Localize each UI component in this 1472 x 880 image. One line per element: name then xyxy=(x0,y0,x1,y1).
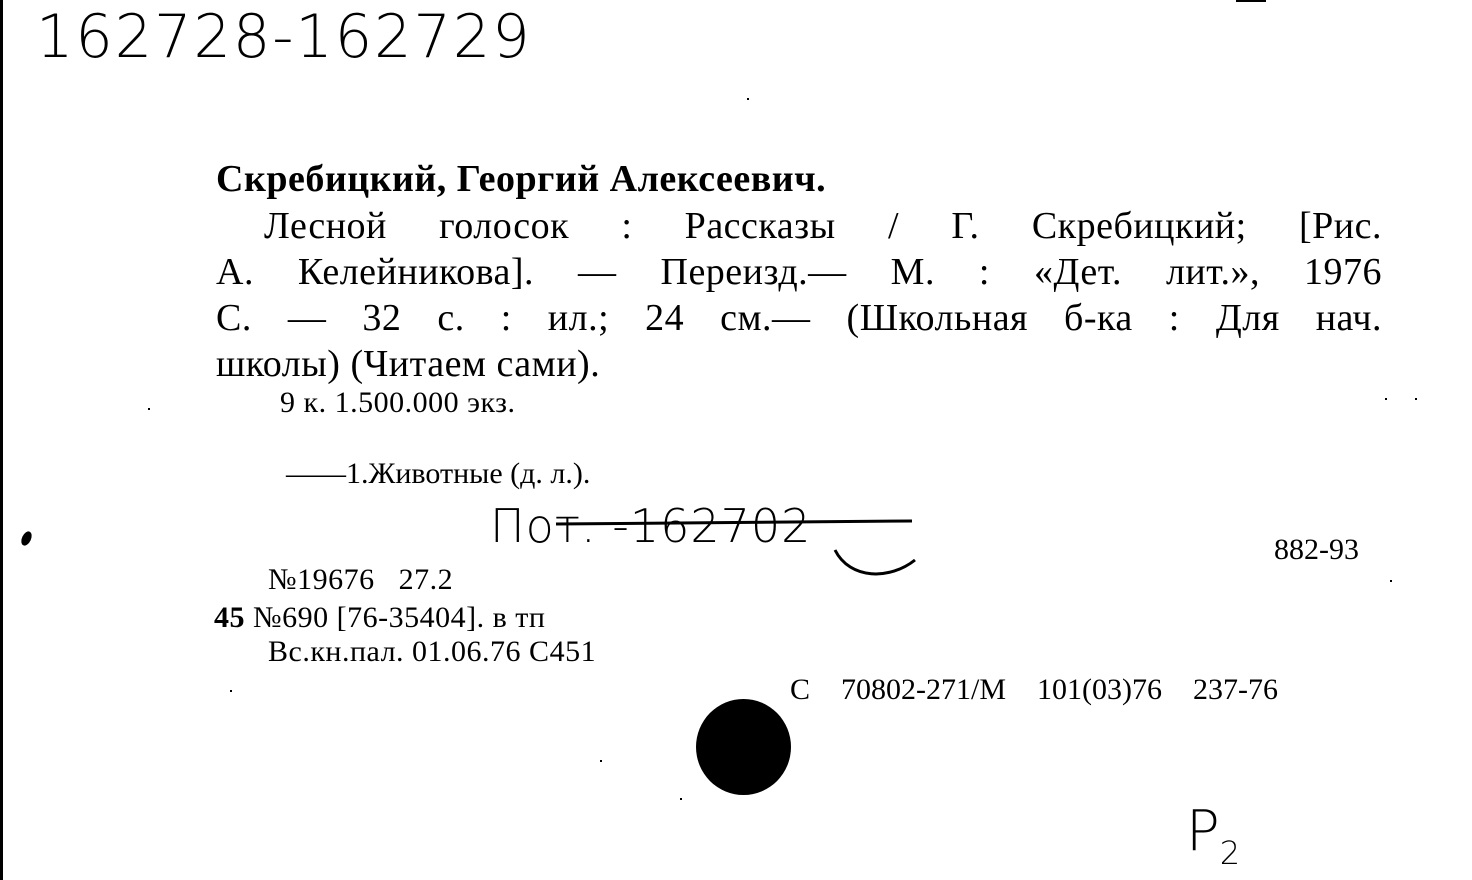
description-line-1: Лесной голосок : Рассказы / Г. Скребицки… xyxy=(264,203,1382,249)
punch-hole xyxy=(696,699,791,795)
shelf-mark-subscript: 2 xyxy=(1220,834,1240,872)
scan-speck xyxy=(230,690,232,692)
description-line-2: А. Келейникова]. — Переизд.— М. : «Дет. … xyxy=(216,249,1382,295)
handwritten-crossed-note: Пот. -162702 xyxy=(490,498,811,554)
classification-code: 882-93 xyxy=(1274,532,1359,568)
scan-speck xyxy=(1385,398,1387,400)
scan-speck xyxy=(1390,580,1392,582)
price-print-run: 9 к. 1.500.000 экз. xyxy=(280,385,515,421)
subject-heading: ——1.Животные (д. л.). xyxy=(286,456,590,492)
shelf-mark-letter: Р xyxy=(1186,799,1220,864)
card-left-edge xyxy=(0,0,3,880)
description-line-3: С. — 32 с. : ил.; 24 см.— (Школьная б-ка… xyxy=(216,295,1382,341)
ink-blot xyxy=(19,530,33,547)
registration-prefix: 45 xyxy=(214,601,245,634)
book-chamber-line: Вс.кн.пал. 01.06.76 С451 xyxy=(268,634,596,670)
author-heading: Скребицкий, Георгий Алексеевич. xyxy=(216,156,826,202)
scan-speck xyxy=(680,798,682,800)
registration-number: №690 [76-35404]. в тп xyxy=(253,601,545,634)
card-number: №19676 27.2 xyxy=(268,562,453,598)
registration-line: 45 №690 [76-35404]. в тп xyxy=(214,600,545,636)
scan-speck xyxy=(747,98,749,100)
shelf-mark: Р2 xyxy=(1186,800,1240,880)
scan-speck xyxy=(1415,398,1417,400)
scan-speck xyxy=(148,408,150,410)
scan-speck xyxy=(600,760,602,762)
call-number: 162728-162729 xyxy=(36,2,532,72)
index-line: С 70802-271/М 101(03)76 237-76 xyxy=(790,672,1278,708)
handwritten-swash xyxy=(830,540,920,580)
description-line-4: школы) (Читаем сами). xyxy=(216,341,600,387)
card-top-mark xyxy=(1236,0,1266,2)
